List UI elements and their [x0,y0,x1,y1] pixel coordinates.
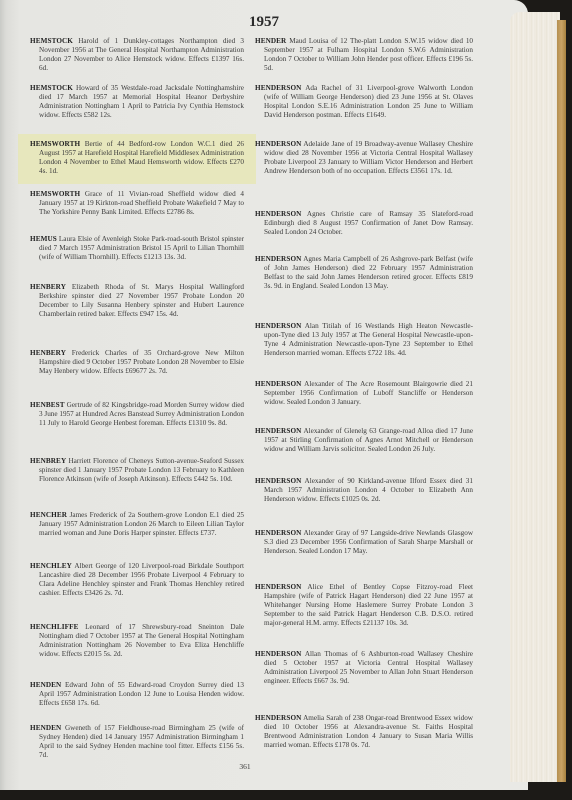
page-year-heading: 1957 [0,14,528,31]
entry-details: Gertrude of 82 Kingsbridge-road Morden S… [39,401,244,427]
entry-surname: HENDER [255,37,286,45]
entry-surname: HENDERSON [255,322,301,330]
probate-entry: HENDERSON Alice Ethel of Bentley Copse F… [255,583,473,628]
register-page: 1957 HEMSTOCK Harold of 1 Dunkley-cottag… [0,0,528,790]
probate-entry: HENBEST Gertrude of 82 Kingsbridge-road … [30,401,244,428]
page-number: 361 [0,762,490,771]
entry-surname: HENDERSON [255,650,301,658]
entry-surname: HEMSTOCK [30,84,73,92]
entry-details: Edward John of 55 Edward-road Croydon Su… [39,681,244,707]
probate-entry: HEMSTOCK Harold of 1 Dunkley-cottages No… [30,37,244,73]
entry-surname: HENDEN [30,681,61,689]
probate-entry: HENDERSON Agnes Christie care of Ramsay … [255,210,473,237]
probate-entry: HENDERSON Alexander of The Acre Rosemoun… [255,380,473,407]
probate-entry: HENBERY Elizabeth Rhoda of St. Marys Hos… [30,283,244,319]
entry-surname: HENDERSON [255,380,301,388]
probate-entry: HENDERSON Alexander of Glenelg 63 Grange… [255,427,473,454]
probate-entry: HENCHER James Frederick of 2a Southern-g… [30,511,244,538]
entry-surname: HENDERSON [255,529,301,537]
entry-surname: HENDERSON [255,140,301,148]
entry-details: Laura Elsie of Avenleigh Stoke Park-road… [39,235,244,261]
probate-entry: HEMSTOCK Howard of 35 Westdale-road Jack… [30,84,244,120]
probate-entry: HENDERSON Alexander Gray of 97 Langside-… [255,529,473,556]
probate-entry: HENBERY Frederick Charles of 35 Orchard-… [30,349,244,376]
probate-entry: HEMUS Laura Elsie of Avenleigh Stoke Par… [30,235,244,262]
entry-surname: HEMSWORTH [30,190,80,198]
entry-surname: HENDERSON [255,583,301,591]
probate-entry: HENDEN Edward John of 55 Edward-road Cro… [30,681,244,708]
probate-entry: HENDERSON Ada Rachel of 31 Liverpool-gro… [255,84,473,120]
entry-surname: HENDERSON [255,84,301,92]
highlighted-probate-entry: HEMSWORTH Bertie of 44 Bedford-row Londo… [30,140,244,176]
entry-surname: HENBREY [30,457,66,465]
probate-entry: HENDERSON Alan Titilah of 16 Westlands H… [255,322,473,358]
probate-entry: HENDERSON Allan Thomas of 6 Ashburton-ro… [255,650,473,686]
entry-details: Harriett Florence of Cheneys Sutton-aven… [39,457,244,483]
entry-surname: HENDERSON [255,255,301,263]
probate-entry: HENDERSON Agnes Maria Campbell of 26 Ash… [255,255,473,291]
entry-surname: HEMSTOCK [30,37,73,45]
entry-surname: HENDERSON [255,427,301,435]
entry-surname: HENCHLEY [30,562,72,570]
entry-details: James Frederick of 2a Southern-grove Lon… [39,511,244,537]
probate-entry: HENDERSON Adelaide Jane of 19 Broadway-a… [255,140,473,176]
entry-details: Gweneth of 157 Fieldhouse-road Birmingha… [39,724,244,759]
entry-surname: HEMSWORTH [30,140,80,148]
entry-surname: HEMUS [30,235,57,243]
entry-surname: HENDEN [30,724,61,732]
entry-details: Frederick Charles of 35 Orchard-grove Ne… [39,349,244,375]
book-page-edges [510,12,560,782]
book-cover-edge [557,20,566,782]
probate-entry: HENDEN Gweneth of 157 Fieldhouse-road Bi… [30,724,244,760]
entry-surname: HENDERSON [255,477,301,485]
probate-entry: HENBREY Harriett Florence of Cheneys Sut… [30,457,244,484]
probate-entry: HENCHLIFFE Leonard of 17 Shrewsbury-road… [30,623,244,659]
entry-details: Elizabeth Rhoda of St. Marys Hospital Wa… [39,283,244,318]
probate-entry: HENDER Maud Louisa of 12 The-platt Londo… [255,37,473,73]
probate-entry: HENDERSON Amelia Sarah of 238 Ongar-road… [255,714,473,750]
entry-surname: HENCHLIFFE [30,623,79,631]
probate-entry: HEMSWORTH Grace of 11 Vivian-road Sheffi… [30,190,244,217]
entry-surname: HENBERY [30,349,66,357]
entry-surname: HENDERSON [255,210,301,218]
entry-surname: HENBEST [30,401,65,409]
probate-entry: HENDERSON Alexander of 90 Kirkland-avenu… [255,477,473,504]
probate-entry: HENCHLEY Albert George of 120 Liverpool-… [30,562,244,598]
entry-surname: HENCHER [30,511,67,519]
entry-surname: HENDERSON [255,714,301,722]
entry-details: Maud Louisa of 12 The-platt London S.W.1… [264,37,473,72]
entry-surname: HENBERY [30,283,66,291]
